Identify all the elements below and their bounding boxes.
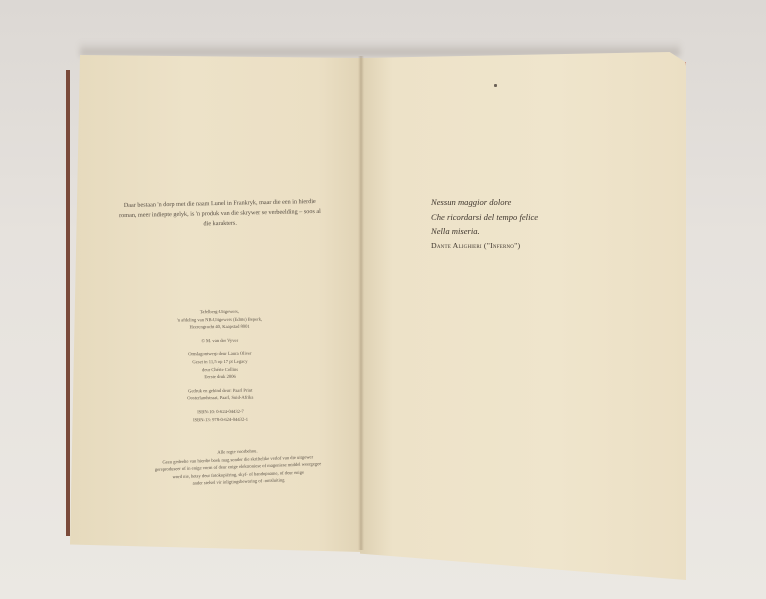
right-page <box>360 52 686 580</box>
imprint-block: Tafelberg-Uitgewers, 'n afdeling van NB-… <box>149 307 290 424</box>
rights-block: Alle regte voorbehou. Geen gedeelte van … <box>137 445 338 490</box>
epigraph-line: Nessun maggior dolore <box>431 195 631 210</box>
epigraph-line: Che ricordarsi del tempo felice <box>431 210 631 225</box>
cover-edge-left <box>66 70 70 536</box>
page-mark <box>494 84 497 87</box>
epigraph-line: Nella miseria. <box>431 224 631 239</box>
disclaimer-text: Daar bestaan 'n dorp met die naam Lunel … <box>118 197 323 231</box>
book-gutter <box>358 56 364 550</box>
epigraph-attribution: Dante Alighieri ("Inferno") <box>431 239 631 254</box>
epigraph: Nessun maggior dolore Che ricordarsi del… <box>431 195 631 253</box>
isbn-line: ISBN-13: 978-0-624-04432-1 <box>151 415 291 424</box>
